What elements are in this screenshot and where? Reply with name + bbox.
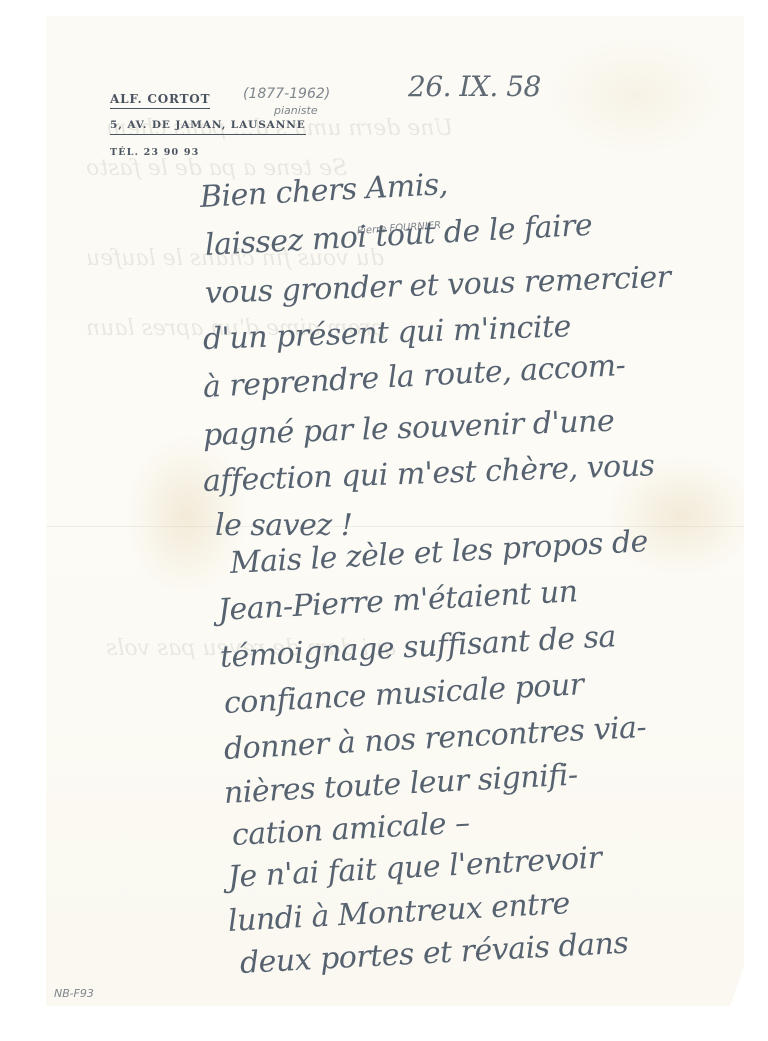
letter-date: 26. IX. 58 — [408, 70, 541, 103]
letter-line: le savez ! — [215, 508, 352, 543]
letterhead-name: ALF. CORTOT — [110, 92, 210, 109]
letterhead-phone: TÉL. 23 90 93 — [110, 147, 306, 158]
pencil-dates-annotation: (1877-1962) — [243, 86, 330, 102]
catalog-number: NB-F93 — [54, 987, 94, 1000]
pencil-role-annotation: pianiste — [274, 104, 318, 117]
paper-stain — [546, 36, 726, 156]
letterhead-address: 5, AV. DE JAMAN, LAUSANNE — [110, 119, 306, 135]
